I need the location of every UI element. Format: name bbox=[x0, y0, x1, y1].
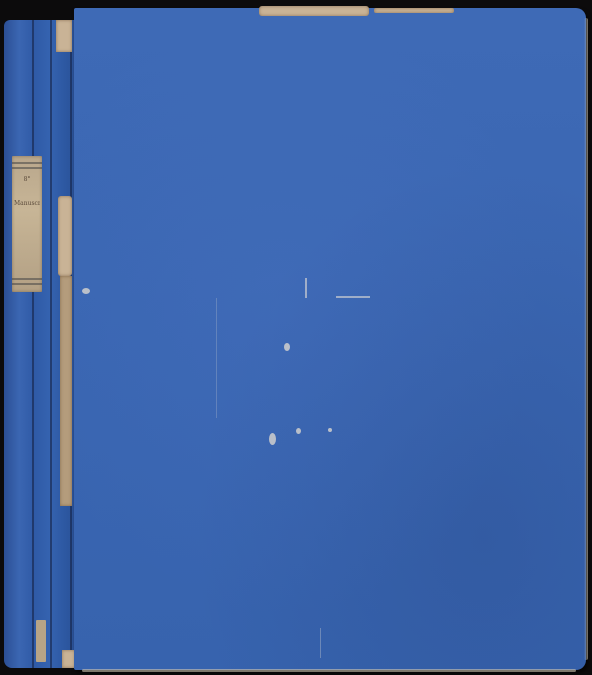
scuff-mark bbox=[296, 428, 301, 434]
scuff-mark bbox=[328, 428, 332, 432]
scratch-mark bbox=[336, 296, 370, 298]
scuff-mark bbox=[82, 288, 90, 294]
spine-fold-line bbox=[32, 20, 34, 668]
worn-hinge-top bbox=[56, 20, 72, 52]
spine-shelf-tag bbox=[36, 620, 46, 662]
spine-label: 8° Manuscript bbox=[12, 156, 42, 292]
cover-right-edge bbox=[584, 18, 588, 660]
front-cover bbox=[74, 8, 586, 670]
worn-hinge-upper bbox=[58, 196, 72, 276]
label-rule bbox=[12, 162, 42, 164]
scratch-mark bbox=[320, 628, 321, 658]
torn-top-edge bbox=[374, 8, 454, 13]
cover-bottom-edge bbox=[82, 669, 576, 672]
spine-fold-line bbox=[50, 20, 52, 668]
label-rule bbox=[12, 278, 42, 280]
worn-hinge-middle bbox=[60, 276, 72, 506]
spine-label-line-1: 8° bbox=[14, 176, 40, 183]
faint-crease bbox=[216, 298, 217, 418]
scratch-mark bbox=[305, 278, 307, 298]
spine-label-line-3: Manuscript bbox=[14, 200, 40, 207]
label-rule bbox=[12, 167, 42, 169]
book-photograph: 8° Manuscript bbox=[0, 0, 592, 675]
scuff-mark bbox=[269, 433, 276, 445]
label-rule bbox=[12, 283, 42, 285]
torn-top-edge bbox=[259, 6, 369, 16]
scuff-mark bbox=[284, 343, 290, 351]
